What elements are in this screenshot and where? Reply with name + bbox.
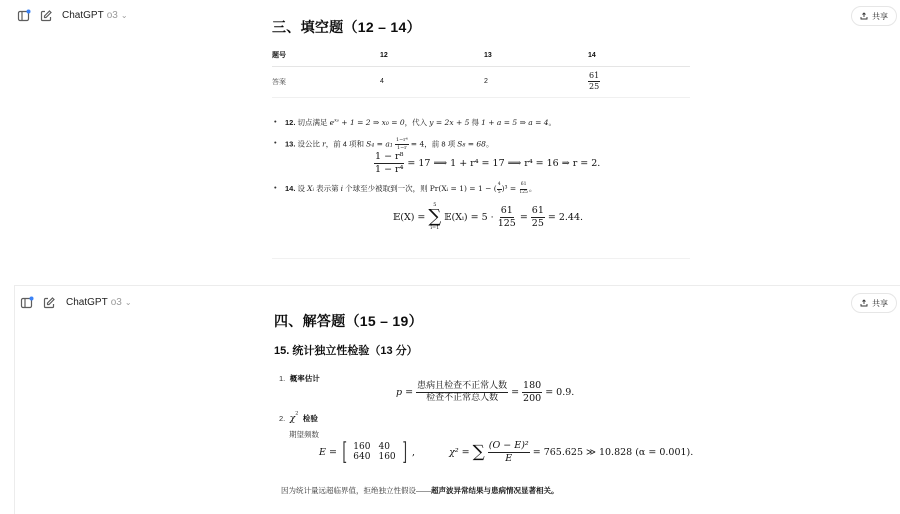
table-cell: 2	[484, 67, 588, 97]
divider	[272, 97, 690, 98]
table-cell: 4	[380, 67, 484, 97]
table-row: 答案 4 2 61 25	[272, 67, 690, 97]
message-content-upper: 三、填空题（12 – 14） 题号 12 13 14 答案 4 2 61	[272, 17, 690, 160]
step-subtitle: 期望频数	[279, 429, 319, 440]
table-header: 12	[380, 46, 484, 67]
sidebar-toggle-icon[interactable]	[20, 296, 34, 310]
table-header: 题号	[272, 46, 380, 67]
expected-matrix: [ 16040 640160 ]	[340, 440, 409, 464]
table-header-row: 题号 12 13 14	[272, 46, 690, 67]
step-2: 2. χ2 检验 期望频数	[279, 408, 319, 440]
share-label: 共享	[872, 298, 888, 309]
summation: 5 ∑ i=1	[428, 203, 441, 231]
model-name: ChatGPT	[62, 10, 104, 21]
new-chat-icon[interactable]	[42, 296, 56, 310]
share-button[interactable]: 共享	[851, 293, 897, 313]
table-cell: 61 25	[588, 67, 690, 97]
share-label: 共享	[872, 11, 888, 22]
chat-view-upper: ChatGPT o3 ⌄ 共享 三、填空题（12 – 14） 题号 12 13 …	[0, 0, 900, 285]
sidebar-toggle-icon[interactable]	[17, 9, 31, 23]
model-selector[interactable]: ChatGPT o3 ⌄	[62, 10, 128, 21]
conclusion: 因为统计量远超临界值，拒绝独立性假设——超声波异常结果与患病情况显著相关。	[281, 485, 559, 496]
table-cell-label: 答案	[272, 67, 380, 97]
display-equation-13: 1 − r⁸1 − r⁴ = 17 ⟹ 1 + r⁴ = 17 ⟹ r⁴ = 1…	[374, 152, 600, 175]
fraction: 1−r⁴1−r	[395, 138, 409, 152]
share-upload-icon	[860, 299, 868, 307]
share-upload-icon	[860, 12, 868, 20]
list-item: 12. 切点满足 ex₀ + 1 = 2 ⇒ x₀ = 0，代入 y = 2x …	[272, 117, 690, 128]
table-header: 13	[484, 46, 588, 67]
fraction: 61 25	[588, 72, 600, 92]
model-version: o3	[107, 10, 118, 21]
probability-formula: p = 患病且检查不正常人数检查不正常总人数 = 180200 = 0.9.	[396, 381, 574, 404]
solution-list-cont: 14. 设 Xᵢ 表示第 i 个球至少被取到一次，则 Pr(Xᵢ = 1) = …	[272, 183, 690, 204]
chi-square-formula: E = [ 16040 640160 ] , χ² = ∑ (O − E)²E …	[319, 440, 693, 464]
display-equation-14: 𝔼(X) = 5 ∑ i=1 𝔼(Xᵢ) = 5 · 61125 = 6125 …	[393, 203, 583, 231]
model-version: o3	[111, 297, 122, 308]
problem-title: 15. 统计独立性检验（13 分）	[274, 342, 692, 358]
model-selector[interactable]: ChatGPT o3 ⌄	[66, 297, 132, 308]
list-item: 14. 设 Xᵢ 表示第 i 个球至少被取到一次，则 Pr(Xᵢ = 1) = …	[272, 183, 690, 195]
new-chat-icon[interactable]	[39, 9, 53, 23]
table-header: 14	[588, 46, 690, 67]
list-item: 13. 设公比 r，前 4 项和 S₄ = a₁ 1−r⁴1−r = 4，前 8…	[272, 138, 690, 152]
model-name: ChatGPT	[66, 297, 108, 308]
chevron-down-icon: ⌄	[121, 11, 128, 20]
chevron-down-icon: ⌄	[125, 298, 132, 307]
chat-view-lower: ChatGPT o3 ⌄ 共享 四、解答题（15 – 19） 15. 统计独立性…	[14, 285, 900, 514]
share-button[interactable]: 共享	[851, 6, 897, 26]
answer-table: 题号 12 13 14 答案 4 2 61 25	[272, 46, 690, 97]
solution-list: 12. 切点满足 ex₀ + 1 = 2 ⇒ x₀ = 0，代入 y = 2x …	[272, 117, 690, 152]
section-title-solutions: 四、解答题（15 – 19）	[274, 311, 692, 331]
divider	[272, 258, 690, 259]
section-title-fill-blank: 三、填空题（12 – 14）	[272, 17, 690, 37]
message-content-lower: 四、解答题（15 – 19） 15. 统计独立性检验（13 分） 1. 概率估计	[274, 311, 692, 386]
